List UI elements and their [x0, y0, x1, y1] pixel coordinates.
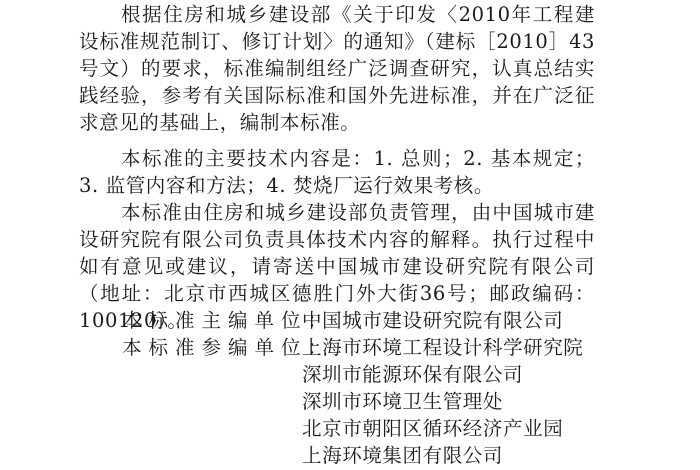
participating-unit-row: 北京市朝阳区循环经济产业园: [122, 415, 583, 442]
participating-unit: 北京市朝阳区循环经济产业园: [302, 415, 563, 442]
document-page: 根据住房和城乡建设部《关于印发〈2010年工程建设标准规范制订、修订计划〉的通知…: [0, 0, 700, 470]
label-spacer: [122, 388, 302, 415]
participating-unit: 上海环境集团有限公司: [302, 442, 503, 469]
participating-unit-row: 上海环境集团有限公司: [122, 442, 583, 469]
participating-unit-row: 深圳市环境卫生管理处: [122, 388, 583, 415]
paragraph-background: 根据住房和城乡建设部《关于印发〈2010年工程建设标准规范制订、修订计划〉的通知…: [79, 1, 595, 136]
label-spacer: [122, 361, 302, 388]
participating-unit: 深圳市能源环保有限公司: [302, 361, 523, 388]
chief-unit-label: 本标准主编单位：: [122, 307, 302, 334]
participating-unit: 上海市环境工程设计科学研究院: [302, 334, 583, 361]
chief-unit-row: 本标准主编单位： 中国城市建设研究院有限公司: [122, 307, 583, 334]
participating-units-label: 本标准参编单位：: [122, 334, 302, 361]
participating-unit-row: 本标准参编单位： 上海市环境工程设计科学研究院: [122, 334, 583, 361]
participating-unit: 深圳市环境卫生管理处: [302, 388, 503, 415]
label-spacer: [122, 415, 302, 442]
label-spacer: [122, 442, 302, 469]
participating-unit-row: 深圳市能源环保有限公司: [122, 361, 583, 388]
drafting-units: 本标准主编单位： 中国城市建设研究院有限公司 本标准参编单位： 上海市环境工程设…: [122, 307, 583, 469]
chief-unit-value: 中国城市建设研究院有限公司: [302, 307, 563, 334]
paragraph-technical-content: 本标准的主要技术内容是：1. 总则；2. 基本规定；3. 监管内容和方法；4. …: [79, 145, 595, 199]
